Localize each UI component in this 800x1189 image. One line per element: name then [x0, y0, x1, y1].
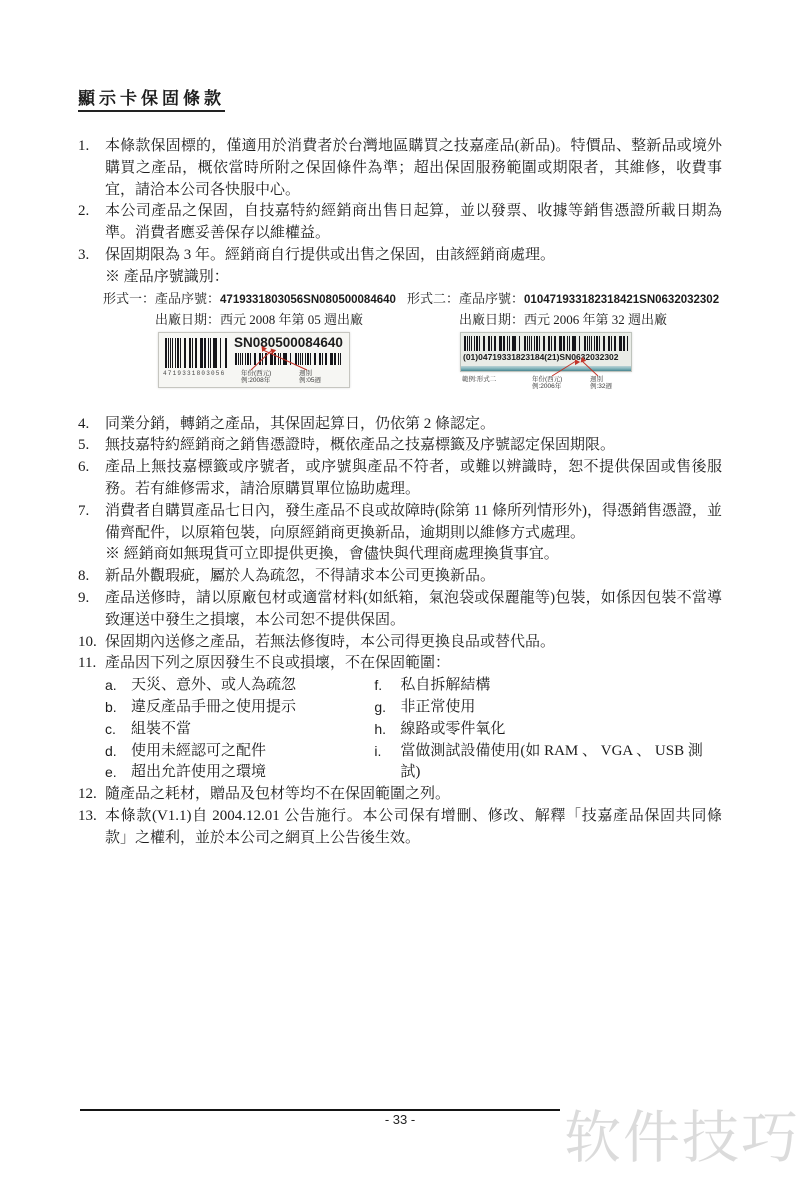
sticker-teal-band: [461, 366, 631, 371]
exclusion-item-i: i.當做測試設備使用(如 RAM 、 VGA 、 USB 測試): [374, 741, 722, 785]
term-number: 9.: [78, 588, 105, 632]
term-number: 5.: [78, 435, 105, 457]
term-number: 13.: [78, 806, 105, 850]
term-text: 無技嘉特約經銷商之銷售憑證時，概依產品之技嘉標籤及序號認定保固期限。: [105, 435, 722, 457]
form1-serial-value: 4719331803056SN080500084640: [220, 294, 396, 306]
term-13: 13. 本條款(V1.1)自 2004.12.01 公告施行。本公司保有增刪、修…: [78, 806, 722, 850]
serial-sticker-form2-figure: (01)04719331823184(21)SN0632032302 範例:形式…: [460, 332, 632, 394]
term-text: 產品因下列之原因發生不良或損壞，不在保固範圍：: [105, 653, 722, 675]
term-number: 2.: [78, 201, 105, 245]
sn-number-text: SN080500084640: [234, 335, 343, 350]
gs1-code-text: (01)04719331823184(21)SN0632032302: [463, 352, 619, 362]
exclusion-list: a.天災、意外、或人為疏忽 b.違反產品手冊之使用提示 c.組裝不當 d.使用未…: [105, 675, 722, 784]
serial-forms: 形式一：產品序號：4719331803056SN080500084640 出廠日…: [103, 289, 722, 330]
exclusion-item-g: g.非正常使用: [374, 697, 722, 719]
term-1: 1. 本條款保固標的，僅適用於消費者於台灣地區購買之技嘉產品(新品)。特價品、整…: [78, 136, 722, 201]
term-text: 新品外觀瑕疵，屬於人為疏忽，不得請求本公司更換新品。: [105, 566, 722, 588]
exclusion-item-b: b.違反產品手冊之使用提示: [105, 697, 374, 719]
year-callout-label: 年份(西元) 例:2008年: [241, 370, 271, 385]
term-number: 3.: [78, 245, 105, 267]
exclusion-item-f: f.私自拆解結構: [374, 675, 722, 697]
term-number: 12.: [78, 784, 105, 806]
exclusion-item-a: a.天災、意外、或人為疏忽: [105, 675, 374, 697]
ean-barcode-image: [165, 338, 227, 368]
serial-sticker-form1: 4719331803056 SN080500084640 年份(西元) 例:20…: [158, 332, 350, 388]
term-number: 11.: [78, 653, 105, 675]
term-number: 4.: [78, 414, 105, 436]
exclusion-column-left: a.天災、意外、或人為疏忽 b.違反產品手冊之使用提示 c.組裝不當 d.使用未…: [105, 675, 374, 784]
watermark-text: 软件技巧: [564, 1092, 800, 1174]
gs1-barcode-image: [464, 336, 628, 351]
serial-sticker-figures: 4719331803056 SN080500084640 年份(西元) 例:20…: [158, 332, 722, 394]
exclusion-item-e: e.超出允許使用之環境: [105, 762, 374, 784]
term-8: 8. 新品外觀瑕疵，屬於人為疏忽，不得請求本公司更換新品。: [78, 566, 722, 588]
form1-date-line: 出廠日期：西元 2008 年第 05 週出廠: [103, 310, 407, 330]
form1-serial-line: 形式一：產品序號：4719331803056SN080500084640: [103, 289, 407, 311]
term-3: 3. 保固期限為 3 年。經銷商自行提供或出售之保固，由該經銷商處理。: [78, 245, 722, 267]
form2-serial-value: 010471933182318421SN0632032302: [524, 294, 719, 306]
form2-serial-line: 形式二：產品序號：010471933182318421SN0632032302: [407, 289, 722, 311]
page-title: 顯示卡保固條款: [78, 84, 225, 112]
dealer-exchange-note: ※ 經銷商如無現貨可立即提供更換，會儘快與代理商處理換貨事宜。: [105, 544, 722, 566]
serial-form1: 形式一：產品序號：4719331803056SN080500084640 出廠日…: [103, 289, 407, 330]
exclusion-column-right: f.私自拆解結構 g.非正常使用 h.線路或零件氧化 i.當做測試設備使用(如 …: [374, 675, 722, 784]
term-text: 同業分銷，轉銷之產品，其保固起算日，仍依第 2 條認定。: [105, 414, 722, 436]
term-number: 1.: [78, 136, 105, 201]
term-4: 4. 同業分銷，轉銷之產品，其保固起算日，仍依第 2 條認定。: [78, 414, 722, 436]
term-text: 產品送修時，請以原廠包材或適當材料(如紙箱，氣泡袋或保麗龍等)包裝，如係因包裝不…: [105, 588, 722, 632]
term-9: 9. 產品送修時，請以原廠包材或適當材料(如紙箱，氣泡袋或保麗龍等)包裝，如係因…: [78, 588, 722, 632]
term-5: 5. 無技嘉特約經銷商之銷售憑證時，概依產品之技嘉標籤及序號認定保固期限。: [78, 435, 722, 457]
week-callout-label: 週別 例:05週: [299, 370, 321, 385]
serial-sticker-form2: (01)04719331823184(21)SN0632032302: [460, 332, 632, 372]
term-text: 產品上無技嘉標籤或序號者，或序號與產品不符者，或難以辨識時，恕不提供保固或售後服…: [105, 457, 722, 501]
term-number: 7.: [78, 501, 105, 545]
term-7: 7. 消費者自購買產品七日內，發生產品不良或故障時(除第 11 條所列情形外)，…: [78, 501, 722, 545]
exclusion-item-d: d.使用未經認可之配件: [105, 741, 374, 763]
term-number: 10.: [78, 632, 105, 654]
exclusion-item-h: h.線路或零件氧化: [374, 719, 722, 741]
term-12: 12. 隨產品之耗材，贈品及包材等均不在保固範圍之列。: [78, 784, 722, 806]
week-callout-label: 週別 例:32週: [590, 376, 612, 391]
term-text: 隨產品之耗材，贈品及包材等均不在保固範圍之列。: [105, 784, 722, 806]
serial-id-note: ※ 產品序號識別：: [105, 267, 722, 289]
term-number: 8.: [78, 566, 105, 588]
term-10: 10. 保固期內送修之產品，若無法修復時，本公司得更換良品或替代品。: [78, 632, 722, 654]
term-number: 6.: [78, 457, 105, 501]
term-text: 本條款保固標的，僅適用於消費者於台灣地區購買之技嘉產品(新品)。特價品、整新品或…: [105, 136, 722, 201]
form2-date-line: 出廠日期：西元 2006 年第 32 週出廠: [407, 310, 722, 330]
term-text: 本公司產品之保固，自技嘉特約經銷商出售日起算，並以發票、收據等銷售憑證所載日期為…: [105, 201, 722, 245]
term-text: 消費者自購買產品七日內，發生產品不良或故障時(除第 11 條所列情形外)，得憑銷…: [105, 501, 722, 545]
document-body: 顯示卡保固條款 1. 本條款保固標的，僅適用於消費者於台灣地區購買之技嘉產品(新…: [78, 84, 722, 850]
term-text: 保固期內送修之產品，若無法修復時，本公司得更換良品或替代品。: [105, 632, 722, 654]
exclusion-item-c: c.組裝不當: [105, 719, 374, 741]
term-11: 11. 產品因下列之原因發生不良或損壞，不在保固範圍：: [78, 653, 722, 675]
footer-rule: [80, 1109, 560, 1111]
term-text: 本條款(V1.1)自 2004.12.01 公告施行。本公司保有增刪、修改、解釋…: [105, 806, 722, 850]
ean-digits: 4719331803056: [163, 370, 225, 377]
term-2: 2. 本公司產品之保固，自技嘉特約經銷商出售日起算，並以發票、收據等銷售憑證所載…: [78, 201, 722, 245]
sn-barcode-image: [235, 353, 341, 365]
year-callout-label: 年份(西元) 例:2006年: [532, 376, 562, 391]
serial-form2: 形式二：產品序號：010471933182318421SN0632032302 …: [407, 289, 722, 330]
form2-example-label: 範例:形式二: [462, 376, 496, 384]
term-6: 6. 產品上無技嘉標籤或序號者，或序號與產品不符者，或難以辨識時，恕不提供保固或…: [78, 457, 722, 501]
term-text: 保固期限為 3 年。經銷商自行提供或出售之保固，由該經銷商處理。: [105, 245, 722, 267]
